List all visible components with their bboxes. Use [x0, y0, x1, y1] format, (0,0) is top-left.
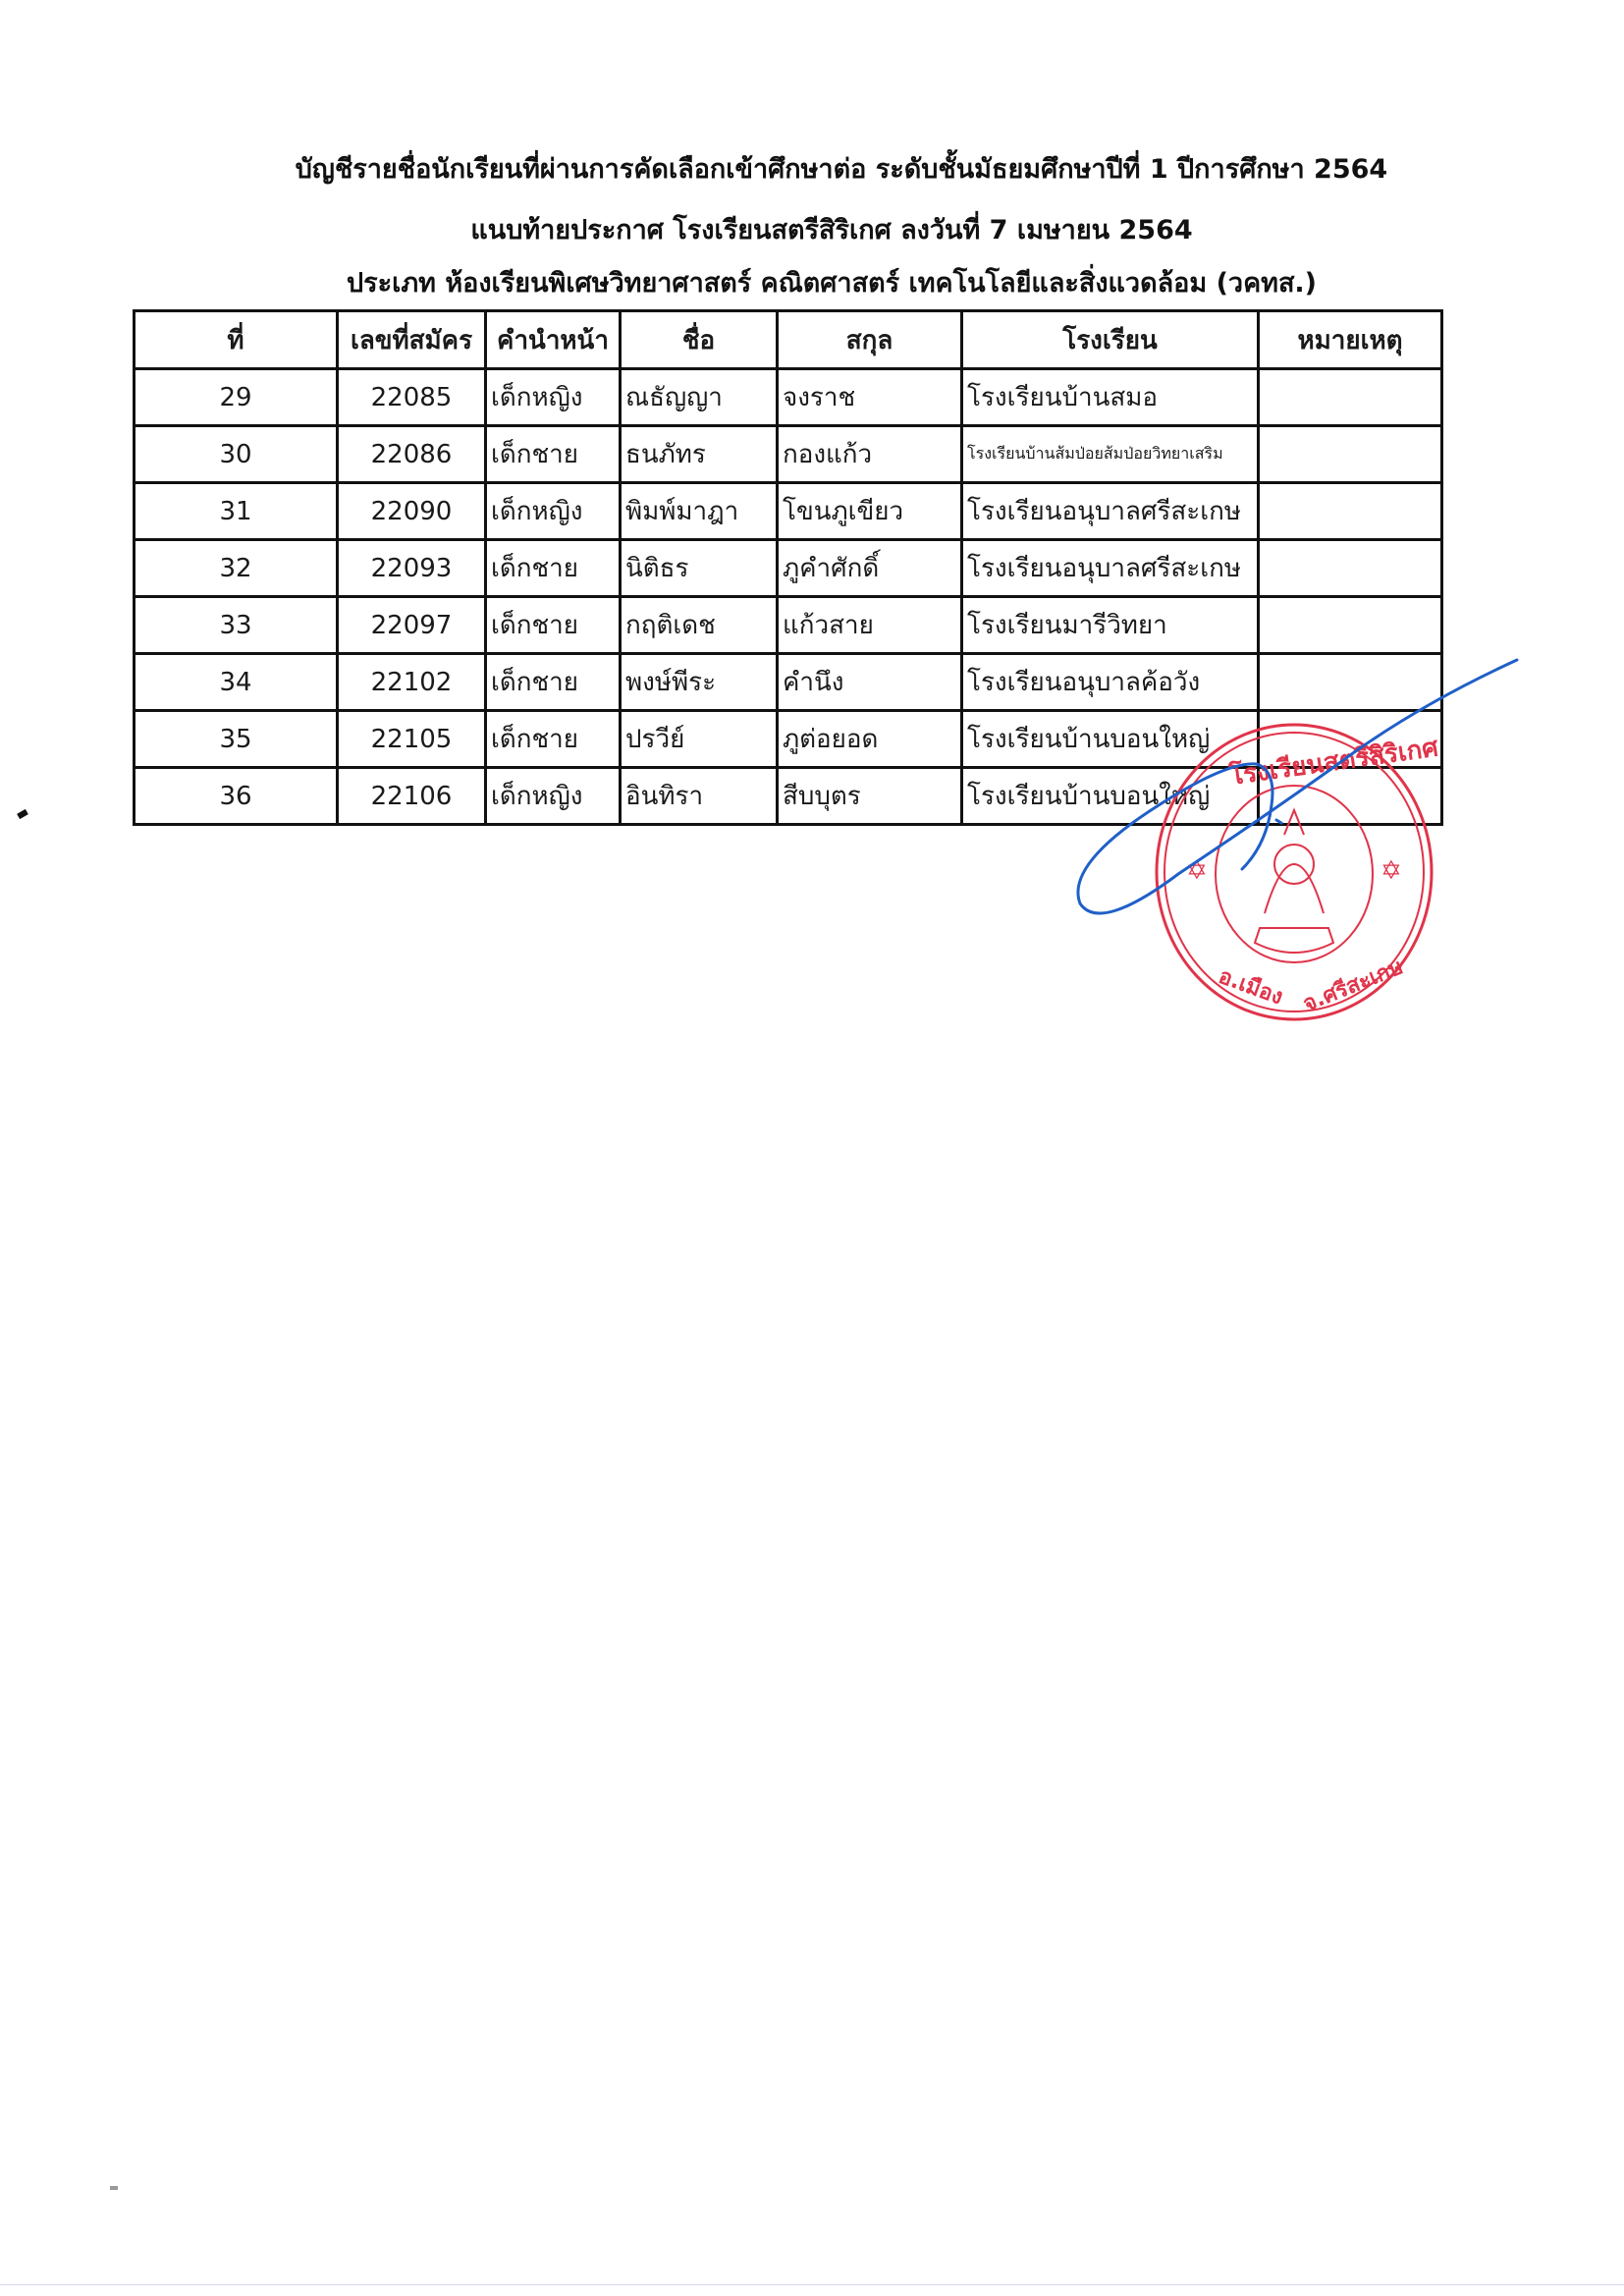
row-number-cell: 29	[135, 369, 338, 426]
table-row: 3122090เด็กหญิงพิมพ์มาฎาโขนภูเขียวโรงเรี…	[135, 483, 1442, 540]
name-prefix-cell: เด็กชาย	[486, 426, 621, 483]
application-number-cell: 22085	[338, 369, 486, 426]
col-header-school: โรงเรียน	[962, 311, 1259, 369]
first-name-cell: พิมพ์มาฎา	[621, 483, 778, 540]
previous-school-cell: โรงเรียนบ้านส้มป่อยส้มป่อยวิทยาเสริม	[962, 426, 1259, 483]
row-number-cell: 36	[135, 768, 338, 825]
row-number-cell: 32	[135, 540, 338, 597]
col-header-first-name: ชื่อ	[621, 311, 778, 369]
first-name-cell: กฤติเดช	[621, 597, 778, 654]
previous-school-cell: โรงเรียนบ้านสมอ	[962, 369, 1259, 426]
first-name-cell: พงษ์พีระ	[621, 654, 778, 711]
application-number-cell: 22105	[338, 711, 486, 768]
last-name-cell: แก้วสาย	[778, 597, 962, 654]
document-title: บัญชีรายชื่อนักเรียนที่ผ่านการคัดเลือกเข…	[29, 147, 1624, 190]
row-number-cell: 34	[135, 654, 338, 711]
application-number-cell: 22093	[338, 540, 486, 597]
signature-icon	[1041, 648, 1532, 943]
table-row: 3222093เด็กชายนิติธรภูคำศักดิ์โรงเรียนอน…	[135, 540, 1442, 597]
application-number-cell: 22086	[338, 426, 486, 483]
name-prefix-cell: เด็กชาย	[486, 597, 621, 654]
application-number-cell: 22106	[338, 768, 486, 825]
application-number-cell: 22102	[338, 654, 486, 711]
scan-speck	[17, 809, 28, 819]
remarks-cell	[1259, 597, 1442, 654]
remarks-cell	[1259, 540, 1442, 597]
col-header-prefix: คำนำหน้า	[486, 311, 621, 369]
remarks-cell	[1259, 483, 1442, 540]
row-number-cell: 31	[135, 483, 338, 540]
col-header-last-name: สกุล	[778, 311, 962, 369]
table-row: 2922085เด็กหญิงณธัญญาจงราชโรงเรียนบ้านสม…	[135, 369, 1442, 426]
col-header-remarks: หมายเหตุ	[1259, 311, 1442, 369]
application-number-cell: 22097	[338, 597, 486, 654]
table-header-row: ที่ เลขที่สมัคร คำนำหน้า ชื่อ สกุล โรงเร…	[135, 311, 1442, 369]
page-edge-line	[0, 2284, 1624, 2285]
last-name-cell: ภูต่อยอด	[778, 711, 962, 768]
first-name-cell: ณธัญญา	[621, 369, 778, 426]
first-name-cell: ธนภัทร	[621, 426, 778, 483]
previous-school-cell: โรงเรียนมารีวิทยา	[962, 597, 1259, 654]
name-prefix-cell: เด็กหญิง	[486, 768, 621, 825]
program-type: ประเภท ห้องเรียนพิเศษวิทยาศาสตร์ คณิตศาส…	[20, 261, 1624, 303]
last-name-cell: จงราช	[778, 369, 962, 426]
col-header-application-no: เลขที่สมัคร	[338, 311, 486, 369]
application-number-cell: 22090	[338, 483, 486, 540]
table-row: 3322097เด็กชายกฤติเดชแก้วสายโรงเรียนมารี…	[135, 597, 1442, 654]
last-name-cell: ภูคำศักดิ์	[778, 540, 962, 597]
row-number-cell: 30	[135, 426, 338, 483]
previous-school-cell: โรงเรียนอนุบาลศรีสะเกษ	[962, 540, 1259, 597]
last-name-cell: กองแก้ว	[778, 426, 962, 483]
name-prefix-cell: เด็กหญิง	[486, 483, 621, 540]
name-prefix-cell: เด็กชาย	[486, 711, 621, 768]
remarks-cell	[1259, 426, 1442, 483]
name-prefix-cell: เด็กชาย	[486, 540, 621, 597]
scan-speck	[110, 2186, 118, 2190]
last-name-cell: โขนภูเขียว	[778, 483, 962, 540]
remarks-cell	[1259, 369, 1442, 426]
col-header-number: ที่	[135, 311, 338, 369]
row-number-cell: 33	[135, 597, 338, 654]
stamp-bottom-right-text: จ.ศรีสะเกษ	[1300, 955, 1408, 1017]
announcement-reference: แนบท้ายประกาศ โรงเรียนสตรีสิริเกศ ลงวันท…	[20, 208, 1624, 250]
table-row: 3022086เด็กชายธนภัทรกองแก้วโรงเรียนบ้านส…	[135, 426, 1442, 483]
name-prefix-cell: เด็กหญิง	[486, 369, 621, 426]
last-name-cell: สีบบุตร	[778, 768, 962, 825]
row-number-cell: 35	[135, 711, 338, 768]
previous-school-cell: โรงเรียนอนุบาลศรีสะเกษ	[962, 483, 1259, 540]
first-name-cell: อินทิรา	[621, 768, 778, 825]
name-prefix-cell: เด็กชาย	[486, 654, 621, 711]
first-name-cell: นิติธร	[621, 540, 778, 597]
last-name-cell: คำนึง	[778, 654, 962, 711]
first-name-cell: ปรวีย์	[621, 711, 778, 768]
